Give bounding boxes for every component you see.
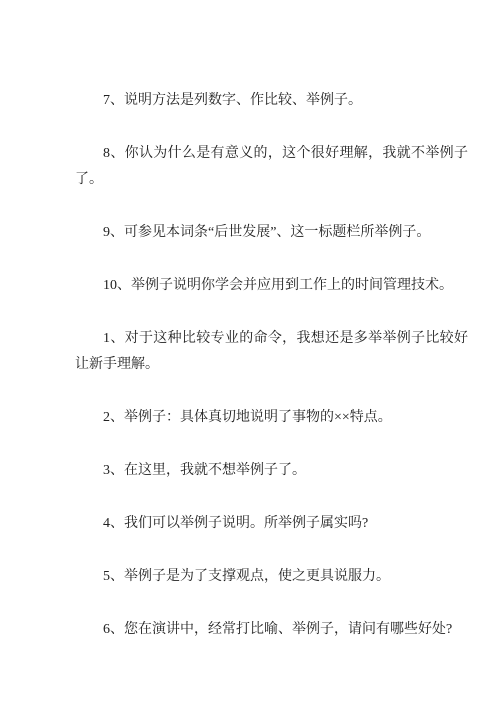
list-item-4: 4、我们可以举例子说明。所举例子属实吗?	[75, 511, 468, 537]
list-item-5: 5、举例子是为了支撑观点，使之更具说服力。	[75, 564, 468, 590]
list-item-10: 10、举例子说明你学会并应用到工作上的时间管理技术。	[75, 273, 468, 299]
list-item-1: 1、对于这种比较专业的命令，我想还是多举举例子比较好让新手理解。	[75, 326, 468, 378]
list-item-6: 6、您在演讲中，经常打比喻、举例子，请问有哪些好处?	[75, 617, 468, 643]
list-item-3: 3、在这里，我就不想举例子了。	[75, 458, 468, 484]
document-page: 7、说明方法是列数字、作比较、举例子。 8、你认为什么是有意义的，这个很好理解，…	[0, 0, 500, 707]
list-item-9: 9、可参见本词条“后世发展”、这一标题栏所举例子。	[75, 220, 468, 246]
list-item-8: 8、你认为什么是有意义的，这个很好理解，我就不举例子了。	[75, 141, 468, 193]
list-item-2: 2、举例子：具体真切地说明了事物的××特点。	[75, 405, 468, 431]
list-item-7: 7、说明方法是列数字、作比较、举例子。	[75, 88, 468, 114]
